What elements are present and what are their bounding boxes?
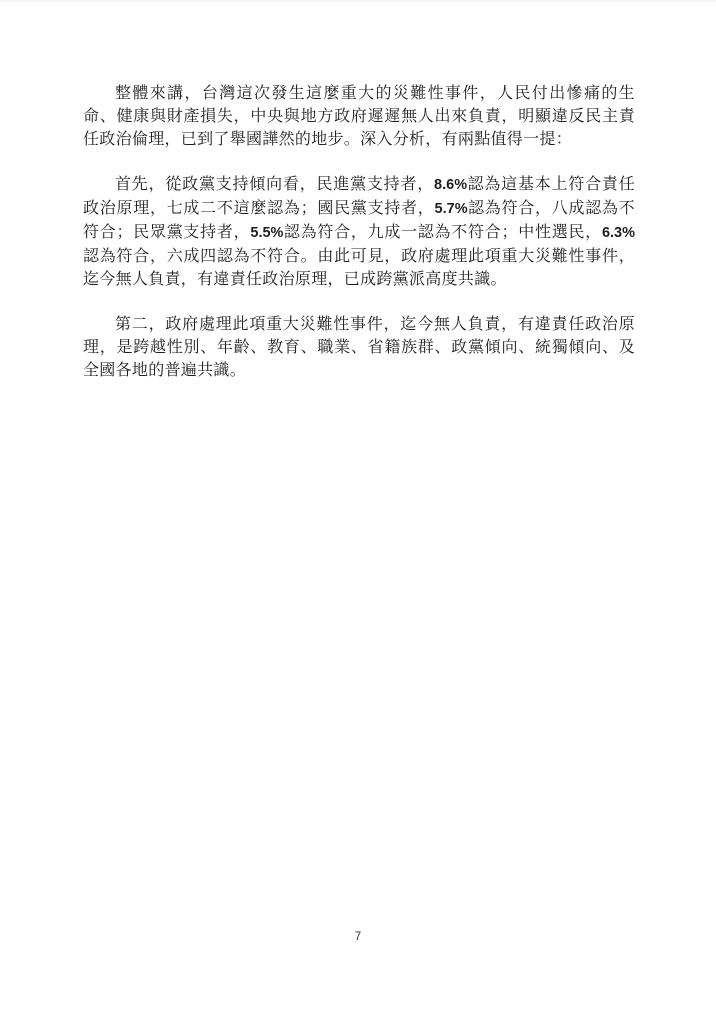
page-top-edge bbox=[0, 0, 716, 2]
text-run: 認為符合，六成四認為不符合。由此可見，政府處理此項重大災難性事件，迄今無人負責，… bbox=[83, 248, 635, 288]
statistic-value: 5.7% bbox=[435, 201, 468, 217]
paragraph-first-point: 首先，從政黨支持傾向看，民進黨支持者，8.6%認為這基本上符合責任政治原理，七成… bbox=[83, 173, 635, 291]
paragraph-overview: 整體來講，台灣這次發生這麼重大的災難性事件，人民付出慘痛的生命、健康與財產損失，… bbox=[83, 82, 635, 151]
document-page: 整體來講，台灣這次發生這麼重大的災難性事件，人民付出慘痛的生命、健康與財產損失，… bbox=[0, 0, 716, 1024]
statistic-value: 6.3% bbox=[602, 225, 635, 241]
text-run: 整體來講，台灣這次發生這麼重大的災難性事件，人民付出慘痛的生命、健康與財產損失，… bbox=[83, 85, 635, 148]
paragraph-second-point: 第二，政府處理此項重大災難性事件，迄今無人負責，有違責任政治原理，是跨越性別、年… bbox=[83, 313, 635, 382]
statistic-value: 5.5% bbox=[250, 225, 283, 241]
page-number: 7 bbox=[0, 931, 716, 943]
text-run: 認為符合，九成一認為不符合；中性選民， bbox=[283, 224, 601, 241]
text-run: 首先，從政黨支持傾向看，民進黨支持者， bbox=[115, 176, 434, 193]
document-body: 整體來講，台灣這次發生這麼重大的災難性事件，人民付出慘痛的生命、健康與財產損失，… bbox=[83, 82, 635, 404]
text-run: 第二，政府處理此項重大災難性事件，迄今無人負責，有違責任政治原理，是跨越性別、年… bbox=[83, 316, 635, 379]
statistic-value: 8.6% bbox=[434, 177, 467, 193]
